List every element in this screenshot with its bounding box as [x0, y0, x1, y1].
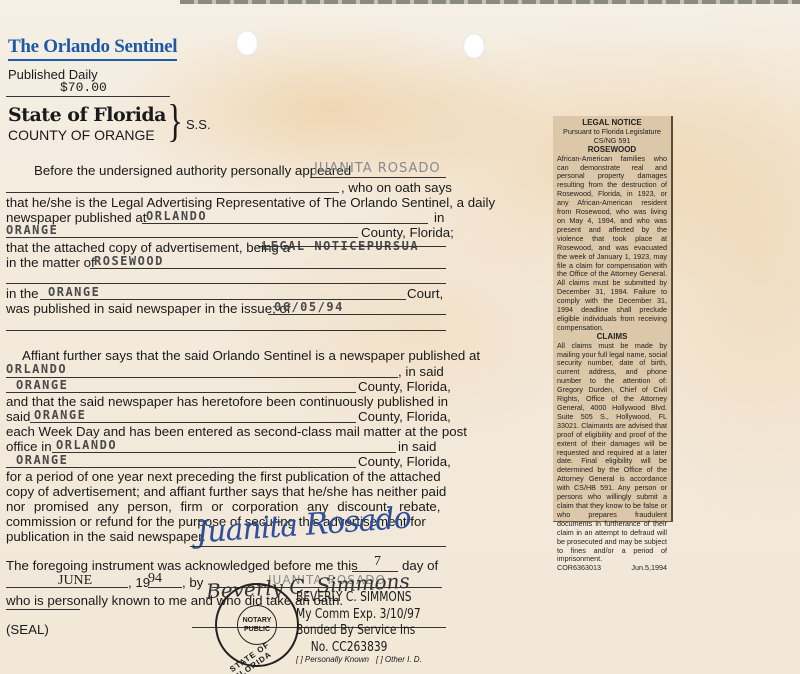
signature-line: [190, 546, 446, 547]
affidavit-line: County, Florida;: [361, 225, 454, 240]
notary-commission-exp: My Comm Exp. 3/10/97: [296, 607, 421, 624]
ack-line: , 19: [128, 575, 150, 590]
checkbox-personally-known[interactable]: [ ] Personally Known: [296, 655, 369, 664]
notary-name: BEVERLY C. SIMMONS: [296, 590, 421, 607]
fill-line: [142, 223, 428, 224]
matter-field: ROSEWOOD: [94, 254, 164, 268]
published-at-field: ORLANDO: [146, 209, 207, 223]
fill-line: [148, 587, 182, 588]
affiant-line: County, Florida,: [358, 409, 451, 424]
affiant-line: said: [6, 409, 30, 424]
day-field: 7: [374, 554, 381, 570]
fill-line: [6, 587, 128, 588]
affiant-line: each Week Day and has been entered as se…: [6, 424, 467, 439]
fill-line: [30, 422, 356, 423]
affiant-line: Affiant further says that the said Orlan…: [22, 348, 480, 363]
fill-line: [52, 452, 396, 453]
affiant-name-field: JUANITA ROSADO: [314, 161, 441, 176]
affidavit-line: that the attached copy of advertisement,…: [6, 240, 290, 255]
fill-line: [40, 299, 406, 300]
clipping-paragraph: African-American families who can demons…: [557, 155, 667, 333]
affiant-line: and that the said newspaper has heretofo…: [6, 394, 448, 409]
fill-line: [6, 283, 446, 284]
affiant-line: in said: [398, 439, 436, 454]
price-value: $70.00: [60, 80, 107, 95]
affidavit-line: Court,: [407, 286, 443, 301]
fill-line: [6, 192, 339, 193]
county-heading: COUNTY OF ORANGE: [8, 127, 155, 143]
notary-stamp: BEVERLY C. SIMMONS My Comm Exp. 3/10/97 …: [296, 590, 421, 656]
fill-line: [90, 268, 446, 269]
newspaper-masthead: The Orlando Sentinel: [8, 36, 177, 61]
county-field: ORANGE: [16, 453, 68, 467]
punch-hole: [463, 33, 485, 59]
fill-line: [310, 177, 446, 178]
legal-notice-clipping: LEGAL NOTICE Pursuant to Florida Legisla…: [553, 116, 673, 522]
ack-line: , by: [182, 575, 203, 590]
checkbox-other-id[interactable]: [ ] Other I. D.: [376, 655, 422, 664]
affidavit-page: The Orlando Sentinel Published Daily $70…: [0, 0, 800, 674]
affidavit-line: Before the undersigned authority persona…: [34, 163, 351, 178]
fill-line: [6, 330, 446, 331]
county-field: ORANGE: [34, 408, 86, 422]
issue-date-field: 06/05/94: [274, 300, 344, 314]
county-field: ORANGE: [6, 223, 58, 237]
fill-line: [6, 392, 356, 393]
notary-seal: NOTARY PUBLIC STATE OF FLORIDA: [215, 583, 299, 667]
fill-line: [6, 467, 356, 468]
brace-icon: }: [167, 98, 182, 144]
year-field: 94: [148, 571, 162, 587]
clipping-paragraph: All claims must be made by mailing your …: [557, 342, 667, 565]
affiant-line: publication in the said newspaper.: [6, 529, 206, 544]
notary-number: No. CC263839: [296, 640, 421, 657]
binder-edge: [180, 0, 800, 4]
affidavit-line: was published in said newspaper in the i…: [6, 301, 291, 316]
clipping-date: Jun.5,1994: [631, 564, 667, 573]
fill-line: [6, 237, 358, 238]
clipping-ref-code: COR6363013: [557, 564, 601, 573]
state-heading: State of Florida: [8, 104, 166, 126]
affiant-line: , in said: [398, 364, 444, 379]
divider: [6, 96, 170, 97]
affiant-line: for a period of one year next preceding …: [6, 469, 441, 484]
affidavit-line: in the: [6, 286, 39, 301]
affidavit-line: in: [434, 210, 444, 225]
notary-seal-text: NOTARY: [243, 616, 272, 625]
notary-bonded: Bonded By Service Ins: [296, 623, 421, 640]
affiant-line: office in: [6, 439, 52, 454]
affiant-line: copy of advertisement; and affiant furth…: [6, 484, 446, 499]
clipping-footer: COR6363013 Jun.5,1994: [557, 564, 667, 573]
city-field: ORLANDO: [56, 438, 117, 452]
ack-line: The foregoing instrument was acknowledge…: [6, 558, 358, 573]
affidavit-line: , who on oath says: [341, 180, 452, 195]
county-field: ORANGE: [16, 378, 68, 392]
affidavit-line: in the matter of: [6, 255, 95, 270]
fill-line: [6, 609, 80, 610]
punch-hole: [236, 30, 258, 56]
affiant-line: County, Florida,: [358, 379, 451, 394]
affiant-line: County, Florida,: [358, 454, 451, 469]
court-field: ORANGE: [48, 285, 100, 299]
notary-seal-text: PUBLIC: [244, 625, 270, 634]
seal-label: (SEAL): [6, 622, 49, 637]
fill-line: [258, 246, 446, 247]
city-field: ORLANDO: [6, 362, 67, 376]
ss-label: S.S.: [186, 117, 211, 132]
affidavit-line: that he/she is the Legal Advertising Rep…: [6, 195, 495, 210]
fill-line: [268, 314, 446, 315]
